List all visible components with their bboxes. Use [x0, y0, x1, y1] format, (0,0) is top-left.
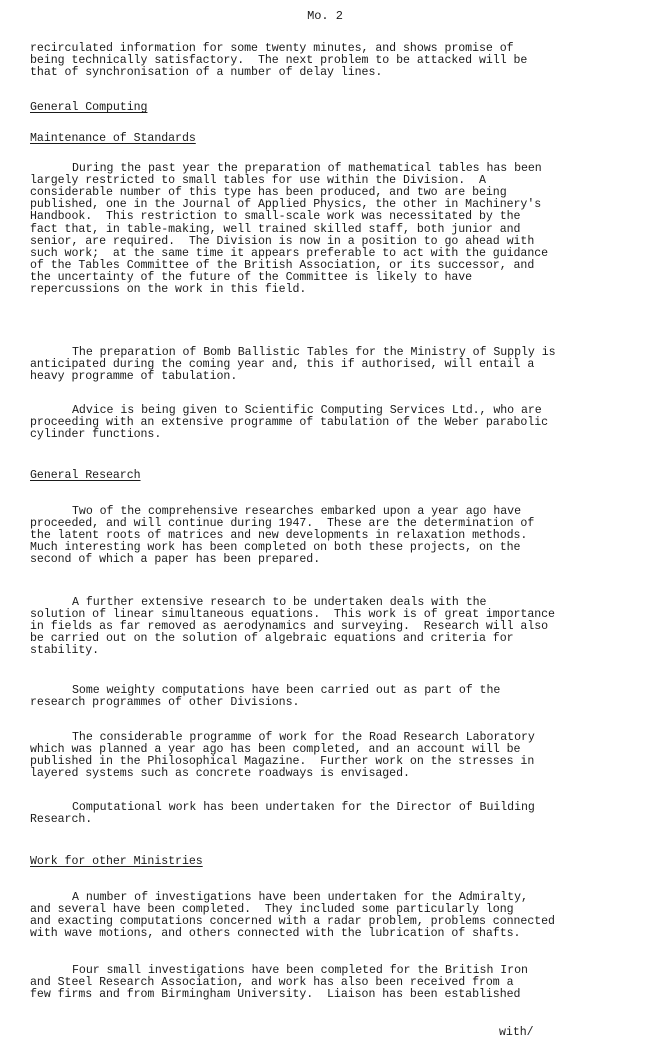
paragraph-line: repercussions on the work in this field. [30, 284, 306, 296]
paragraph-line: second of which a paper has been prepare… [30, 554, 320, 566]
paragraph-line: research programmes of other Divisions. [30, 697, 299, 709]
section-heading: General Research [30, 470, 141, 482]
paragraph-line: Handbook. This restriction to small-scal… [30, 211, 520, 223]
paragraph-line: senior, are required. The Division is no… [30, 236, 534, 248]
paragraph-line: Research. [30, 814, 92, 826]
paragraph-line: of the Tables Committee of the British A… [30, 260, 534, 272]
paragraph-line: layered systems such as concrete roadway… [30, 768, 410, 780]
paragraph-line: cylinder functions. [30, 429, 161, 441]
section-heading: Work for other Ministries [30, 856, 203, 868]
paragraph-line: with wave motions, and others connected … [30, 928, 520, 940]
continuation-catchword: with/ [499, 1026, 534, 1039]
paragraph-line: that of synchronisation of a number of d… [30, 67, 382, 79]
paragraph-line: fact that, in table-making, well trained… [30, 224, 520, 236]
paragraph-line: be carried out on the solution of algebr… [30, 633, 514, 645]
section-heading: Maintenance of Standards [30, 133, 196, 145]
paragraph-line: Computational work has been undertaken f… [72, 802, 535, 814]
section-heading: General Computing [30, 102, 147, 114]
document-page: Mo. 2 recirculated information for some … [0, 0, 650, 1058]
paragraph-line: such work; at the same time it appears p… [30, 248, 548, 260]
paragraph-line: few firms and from Birmingham University… [30, 989, 520, 1001]
paragraph-line: stability. [30, 645, 99, 657]
paragraph-line: heavy programme of tabulation. [30, 371, 237, 383]
page-number-header: Mo. 2 [0, 9, 650, 23]
